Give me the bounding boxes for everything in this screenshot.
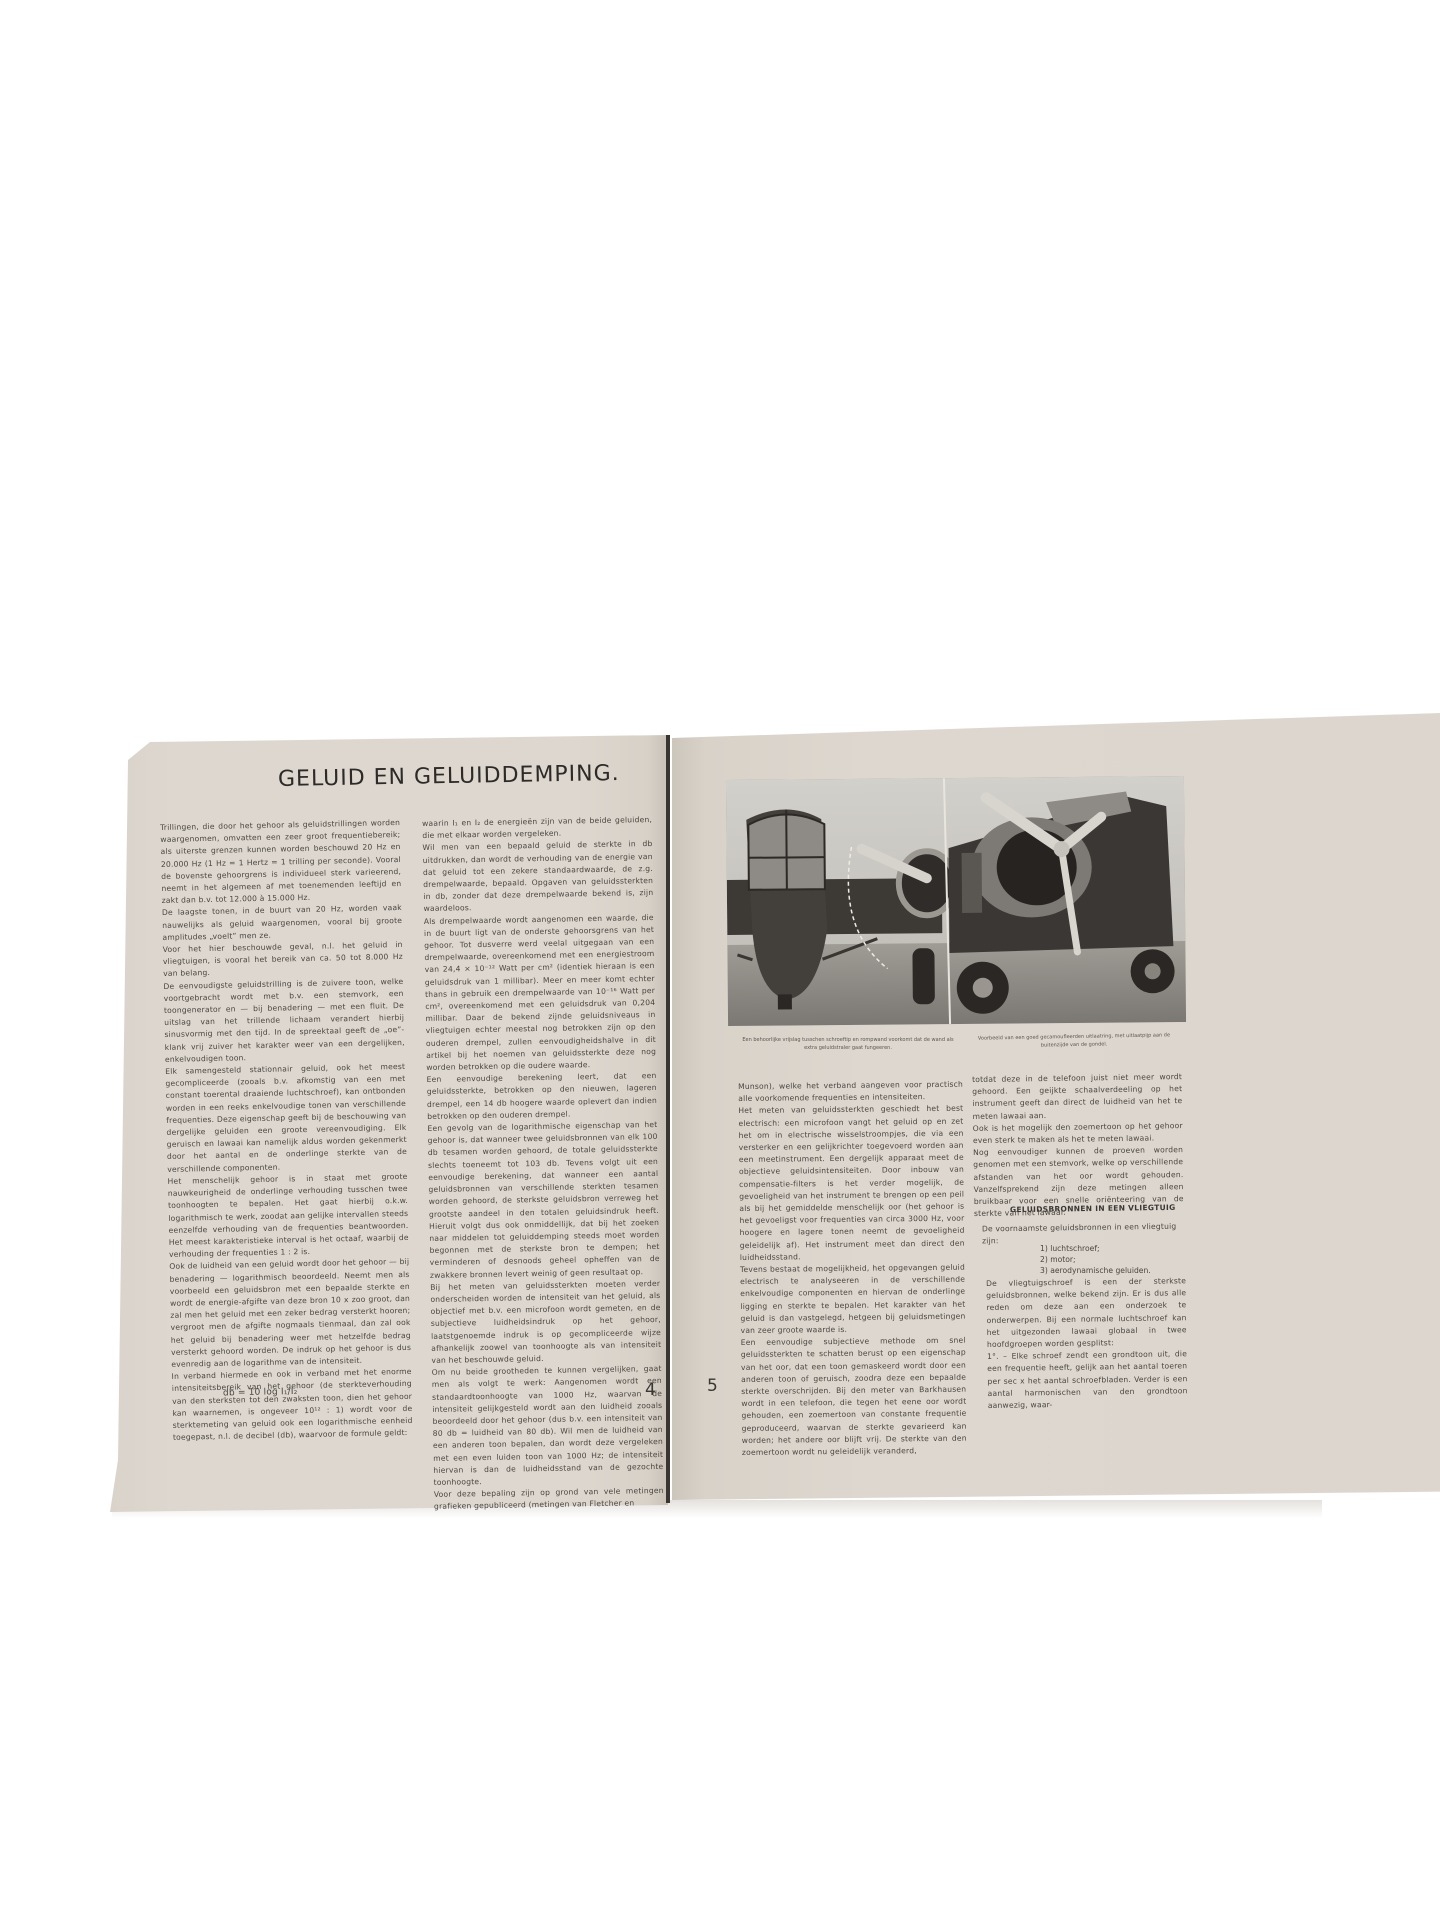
paragraph: Als drempelwaarde wordt aangenomen een w… [424,912,657,1075]
paragraph: Trillingen, die door het gehoor als gelu… [160,817,402,907]
paragraph: De eenvoudigste geluidstrilling is de zu… [163,976,405,1066]
paragraph: Tevens bestaat de mogelijkheid, het opge… [740,1262,966,1338]
booklet-spine [666,735,670,1503]
paragraph: Ook de luidheid van een geluid wordt doo… [169,1256,411,1371]
paragraph: Ook is het mogelijk den zoemertoon op he… [973,1120,1183,1147]
paragraph: Munson), welke het verband aangeven voor… [738,1079,963,1106]
list-item: 2) motor; [1040,1255,1076,1264]
right-page-column-2: totdat deze in de telefoon juist niet me… [972,1071,1184,1220]
page-number-left: 4 [645,1380,656,1400]
list-item: 1) luchtschroef; [1040,1244,1100,1253]
left-page-column-1: Trillingen, die door het gehoor als gelu… [160,817,413,1444]
paragraph: Een eenvoudige berekening leert, dat een… [426,1070,657,1123]
paragraph: Bij het meten van geluidssterkten moeten… [430,1278,661,1367]
paragraph: Een eenvoudige subjectieve methode om sn… [741,1335,967,1459]
paragraph: De laagste tonen, in de buurt van 20 Hz,… [162,902,403,944]
page-number-right: 5 [707,1376,718,1396]
right-page-column-2-continued: De vliegtuigschroef is een der sterkste … [986,1275,1188,1412]
paragraph: Het menschelijk gehoor is in staat met g… [167,1171,409,1261]
paragraph: 1°. – Elke schroef zendt een grondtoon u… [987,1348,1188,1412]
paragraph: Voor het hier beschouwde geval, n.l. het… [163,939,404,981]
paragraph: In verband hiermede en ook in verband me… [172,1366,413,1444]
paragraph: Het meten van geluidssterkten geschiedt … [738,1103,965,1264]
aircraft-image-icon [726,776,1186,1026]
paragraph: Wil men van een bepaald geluid de sterkt… [422,838,653,915]
list-item: 3) aerodynamische geluiden. [1040,1266,1151,1275]
paragraph: Voor deze bepaling zijn op grond van vel… [434,1485,664,1513]
paragraph: totdat deze in de telefoon juist niet me… [972,1071,1183,1123]
left-page-column-2: waarin I₁ en I₂ de energieën zijn van de… [422,814,664,1513]
paragraph: Om nu beide grootheden te kunnen vergeli… [432,1363,664,1489]
paragraph: Een gevolg van de logarithmische eigensc… [427,1119,660,1282]
aircraft-photo [726,776,1186,1026]
paragraph: Elk samengesteld stationnair geluid, ook… [165,1061,407,1176]
paragraph: De vliegtuigschroef is een der sterkste … [986,1275,1187,1351]
right-page-column-1: Munson), welke het verband aangeven voor… [738,1079,967,1460]
photo-caption-left: Een behoorlijke vrijslag tusschen schroe… [742,1036,954,1052]
